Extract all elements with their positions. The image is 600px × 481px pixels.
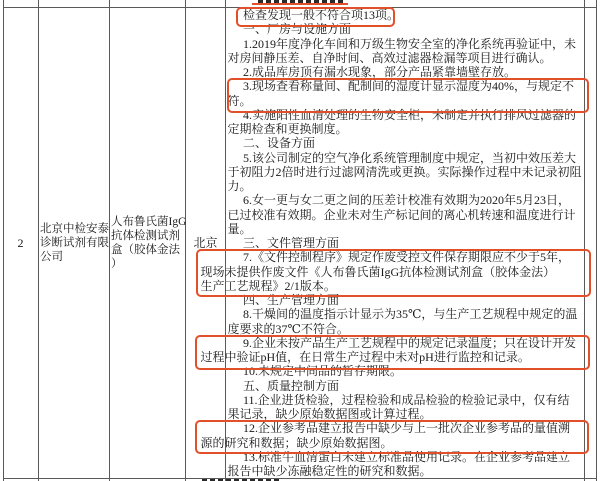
detail-line: 二、设备方面 bbox=[225, 136, 584, 150]
detail-line: 定期检查和更换制度。 bbox=[225, 122, 584, 136]
highlight-box-summary bbox=[236, 7, 395, 27]
detail-line: 已过校准有效期。企业未对生产标记间的离心机转速和温度进行计 bbox=[225, 208, 584, 222]
highlight-box-item-3 bbox=[227, 78, 589, 113]
cropped-text-tick bbox=[266, 0, 271, 3]
detail-line: 报告中缺少冻融稳定性的研究和数据。 bbox=[225, 464, 584, 478]
detail-line: 力。 bbox=[225, 179, 584, 193]
highlight-box-item-9 bbox=[195, 335, 590, 370]
product-cell: 人布鲁氏菌IgG抗体检测试剂盒（胶体金法） bbox=[110, 8, 185, 478]
detail-line: 于初阻力2倍时进行过滤网清洗或更换。实际操作过程中未记录初阻 bbox=[225, 165, 584, 179]
product-name-line: 抗体检测试剂 bbox=[111, 229, 185, 243]
cropped-text-tick bbox=[282, 0, 287, 3]
cropped-text-tick bbox=[322, 0, 327, 3]
detail-line: 度要求的37℃不符合。 bbox=[225, 322, 584, 336]
product-name-line: ） bbox=[111, 257, 185, 271]
detail-line: 11.企业进货检验，过程检验和成品检验的检验记录中，仅有结 bbox=[225, 393, 584, 407]
company-cell: 北京中检安泰诊断试剂有限公司 bbox=[39, 8, 110, 478]
product-name-line: 盒（胶体金法 bbox=[111, 243, 185, 257]
company-name-line: 公司 bbox=[40, 250, 110, 264]
cropped-highlight-edge bbox=[252, 3, 348, 5]
detail-line: 1.2019年度净化车间和万级生物安全室的净化系统再验证中，未 bbox=[225, 37, 584, 51]
detail-line: 5.该公司制定的空气净化系统管理制度中规定，当初中效压差大 bbox=[225, 151, 584, 165]
table-border-right bbox=[596, 0, 597, 481]
cropped-text-tick bbox=[258, 0, 263, 3]
company-name-line: 北京中检安泰 bbox=[40, 222, 110, 236]
cropped-text-tick bbox=[274, 0, 279, 3]
product-name-line: 人布鲁氏菌IgG bbox=[111, 215, 185, 229]
cropped-text-tick bbox=[330, 0, 335, 3]
highlight-box-item-7 bbox=[196, 249, 591, 297]
row-index: 2 bbox=[18, 236, 24, 250]
cropped-text-tick bbox=[338, 0, 343, 3]
table-border-col5 bbox=[584, 0, 585, 481]
cropped-text-tick bbox=[298, 0, 303, 3]
cropped-text-tick bbox=[306, 0, 311, 3]
cropped-text-tick bbox=[290, 0, 295, 3]
city-value: 北京 bbox=[193, 236, 217, 250]
highlight-box-item-12 bbox=[195, 420, 589, 454]
row-index-cell: 2 bbox=[4, 8, 37, 478]
cropped-text-tick bbox=[314, 0, 319, 3]
detail-line: 量。 bbox=[225, 222, 584, 236]
detail-line: 6.女一更与女二更之间的压差计校准有效期为2020年5月23日， bbox=[225, 193, 584, 207]
detail-line: 8.干燥间的温度指示计显示为35℃，与生产工艺规程中规定的温 bbox=[225, 307, 584, 321]
company-name-line: 诊断试剂有限 bbox=[40, 236, 110, 250]
detail-line: 五、质量控制方面 bbox=[225, 379, 584, 393]
detail-line: 对房间静压差、自净时间、高效过滤器检漏等项目进行确认。 bbox=[225, 51, 584, 65]
city-cell: 北京 bbox=[186, 8, 225, 478]
